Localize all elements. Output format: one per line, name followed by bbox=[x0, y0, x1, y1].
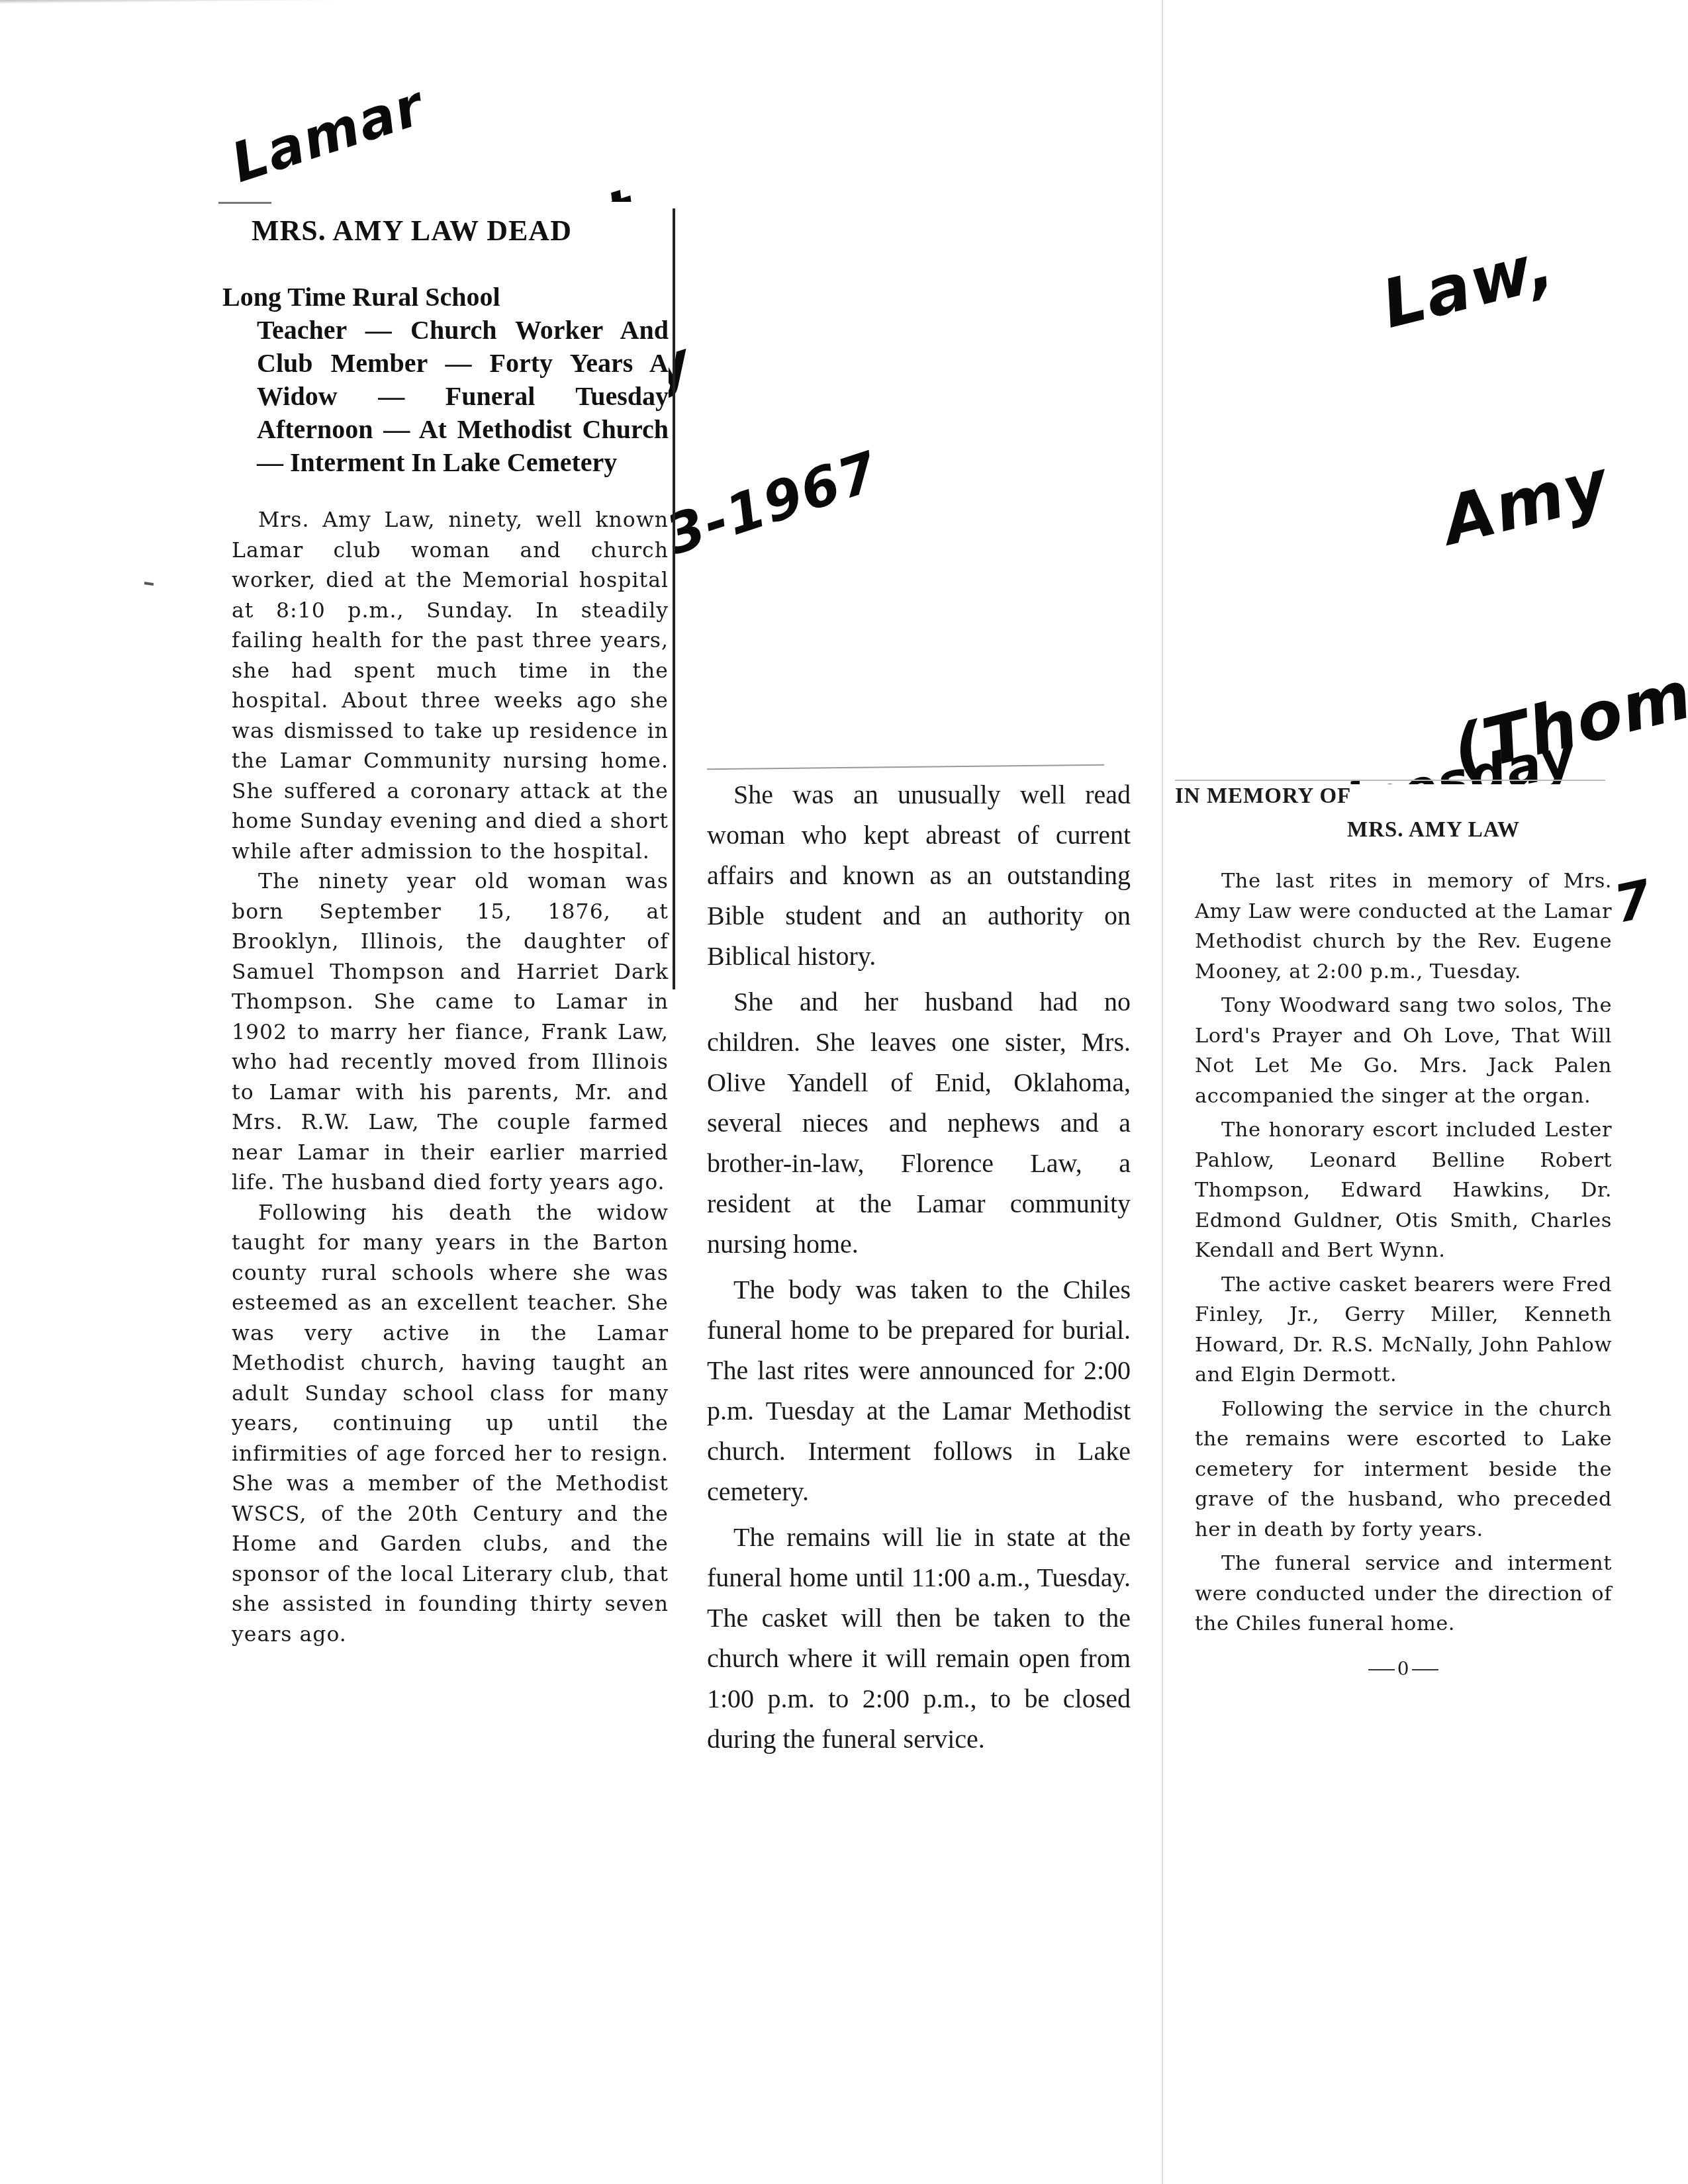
memorial-headline-2: MRS. AMY LAW bbox=[1347, 818, 1612, 842]
column-top-rule bbox=[707, 764, 1104, 770]
paragraph: Following the service in the church the … bbox=[1195, 1394, 1612, 1545]
paragraph: She and her husband had no children. She… bbox=[707, 981, 1131, 1264]
paragraph: The remains will lie in state at the fun… bbox=[707, 1517, 1131, 1759]
obituary-body-column-2: She was an unusually well read woman who… bbox=[707, 774, 1131, 1759]
paragraph: She was an unusually well read woman who… bbox=[707, 774, 1131, 976]
page-fold-line bbox=[1162, 0, 1163, 2184]
paragraph: The funeral service and interment were c… bbox=[1195, 1549, 1612, 1639]
obituary-clipping-column-2: She was an unusually well read woman who… bbox=[707, 774, 1131, 1764]
memorial-body: The last rites in memory of Mrs. Amy Law… bbox=[1195, 866, 1612, 1684]
paragraph: The ninety year old woman was born Septe… bbox=[232, 867, 669, 1199]
column-divider-rule bbox=[673, 208, 675, 989]
handwritten-paper-name-1: Lamar bbox=[226, 0, 734, 191]
end-mark: 0 bbox=[1195, 1654, 1612, 1684]
obituary-body-column-1: Mrs. Amy Law, ninety, well known Lamar c… bbox=[232, 506, 669, 1650]
obituary-deck: Long Time Rural School Teacher — Church … bbox=[222, 281, 669, 479]
paragraph: The active casket bearers were Fred Finl… bbox=[1195, 1270, 1612, 1390]
memorial-clipping: IN MEMORY OF MRS. AMY LAW The last rites… bbox=[1175, 784, 1612, 1684]
deck-first-line: Long Time Rural School bbox=[222, 281, 669, 314]
obituary-clipping-column-1: MRS. AMY LAW DEAD Long Time Rural School… bbox=[218, 202, 669, 1650]
paragraph: The body was taken to the Chiles funeral… bbox=[707, 1269, 1131, 1512]
column-top-rule bbox=[218, 202, 271, 204]
column-top-rule bbox=[1175, 780, 1605, 781]
obituary-headline: MRS. AMY LAW DEAD bbox=[252, 214, 669, 248]
handwritten-given-name: Amy bbox=[1436, 390, 1688, 555]
paragraph: The honorary escort included Lester Pahl… bbox=[1195, 1115, 1612, 1266]
deck-rest: Teacher — Church Worker And Club Member … bbox=[222, 314, 669, 479]
paragraph: Following his death the widow taught for… bbox=[232, 1199, 669, 1651]
paragraph: Mrs. Amy Law, ninety, well known Lamar c… bbox=[232, 506, 669, 867]
paragraph: Tony Woodward sang two solos, The Lord's… bbox=[1195, 991, 1612, 1111]
scan-speck bbox=[144, 582, 154, 586]
paragraph: The last rites in memory of Mrs. Amy Law… bbox=[1195, 866, 1612, 987]
handwritten-surname: Law, bbox=[1376, 173, 1688, 339]
memorial-headline-1: IN MEMORY OF bbox=[1175, 784, 1612, 809]
